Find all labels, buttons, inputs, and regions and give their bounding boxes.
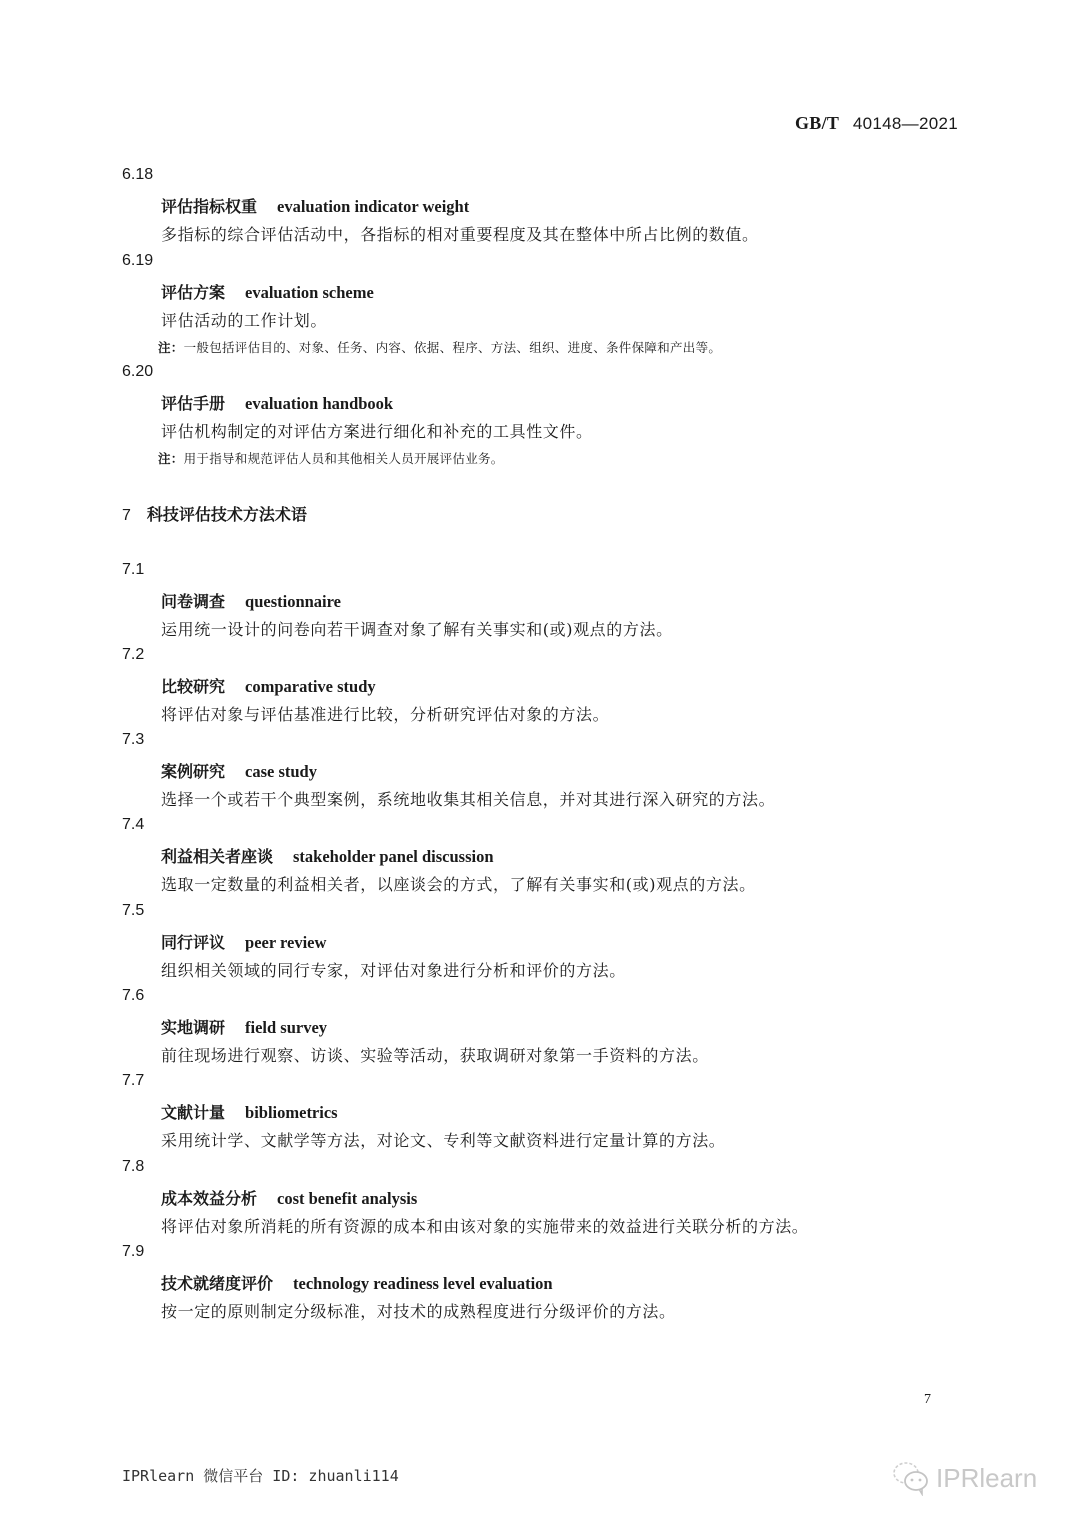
- term-heading: 评估方案evaluation scheme: [161, 280, 374, 303]
- standard-prefix: GB/T: [795, 113, 839, 133]
- term-en: field survey: [245, 1018, 327, 1037]
- term-heading: 成本效益分析cost benefit analysis: [161, 1186, 417, 1209]
- term-heading: 文献计量bibliometrics: [161, 1100, 338, 1123]
- watermark-logo-text: IPRlearn: [936, 1463, 1037, 1494]
- entry-number: 6.18: [122, 166, 153, 184]
- term-definition: 多指标的综合评估活动中，各指标的相对重要程度及其在整体中所占比例的数值。: [161, 222, 759, 245]
- term-zh: 比较研究: [161, 677, 225, 696]
- term-en: stakeholder panel discussion: [293, 847, 494, 866]
- term-note: 注：用于指导和规范评估人员和其他相关人员开展评估业务。: [158, 449, 504, 467]
- term-heading: 问卷调查questionnaire: [161, 589, 341, 612]
- term-definition: 前往现场进行观察、访谈、实验等活动，获取调研对象第一手资料的方法。: [161, 1043, 709, 1066]
- term-en: evaluation scheme: [245, 283, 374, 302]
- term-en: case study: [245, 762, 317, 781]
- entry-number: 7.5: [122, 902, 144, 920]
- term-zh: 评估方案: [161, 283, 225, 302]
- term-definition: 评估机构制定的对评估方案进行细化和补充的工具性文件。: [161, 419, 593, 442]
- entry-number: 7.6: [122, 987, 144, 1005]
- term-definition: 评估活动的工作计划。: [161, 308, 327, 331]
- standard-code-header: GB/T 40148—2021: [795, 113, 958, 134]
- term-heading: 评估手册evaluation handbook: [161, 391, 393, 414]
- term-zh: 案例研究: [161, 762, 225, 781]
- entry-number: 7.9: [122, 1243, 144, 1261]
- term-zh: 评估手册: [161, 394, 225, 413]
- term-definition: 运用统一设计的问卷向若干调查对象了解有关事实和(或)观点的方法。: [161, 617, 673, 640]
- term-heading: 比较研究comparative study: [161, 674, 376, 697]
- entry-number: 7.2: [122, 646, 144, 664]
- section-heading: 7科技评估技术方法术语: [122, 502, 307, 525]
- term-zh: 同行评议: [161, 933, 225, 952]
- page-number: 7: [924, 1392, 931, 1408]
- entry-number: 7.8: [122, 1158, 144, 1176]
- term-heading: 同行评议peer review: [161, 930, 326, 953]
- term-en: evaluation indicator weight: [277, 197, 469, 216]
- term-heading: 实地调研field survey: [161, 1015, 327, 1038]
- term-definition: 将评估对象与评估基准进行比较，分析研究评估对象的方法。: [161, 702, 609, 725]
- term-en: comparative study: [245, 677, 376, 696]
- term-definition: 选择一个或若干个典型案例，系统地收集其相关信息，并对其进行深入研究的方法。: [161, 787, 775, 810]
- entry-number: 7.1: [122, 561, 144, 579]
- term-heading: 技术就绪度评价technology readiness level evalua…: [161, 1271, 553, 1294]
- term-zh: 技术就绪度评价: [161, 1274, 273, 1293]
- entry-number: 7.7: [122, 1072, 144, 1090]
- term-definition: 将评估对象所消耗的所有资源的成本和由该对象的实施带来的效益进行关联分析的方法。: [161, 1214, 808, 1237]
- standard-number: 40148—2021: [853, 114, 958, 133]
- note-label: 注：: [158, 451, 184, 466]
- section-number: 7: [122, 507, 131, 524]
- term-en: evaluation handbook: [245, 394, 393, 413]
- entry-number: 6.20: [122, 363, 153, 381]
- term-definition: 选取一定数量的利益相关者，以座谈会的方式，了解有关事实和(或)观点的方法。: [161, 872, 756, 895]
- note-label: 注：: [158, 340, 184, 355]
- term-zh: 问卷调查: [161, 592, 225, 611]
- entry-number: 6.19: [122, 252, 153, 270]
- term-definition: 组织相关领域的同行专家，对评估对象进行分析和评价的方法。: [161, 958, 626, 981]
- watermark-logo: IPRlearn: [892, 1460, 1037, 1496]
- entry-number: 7.4: [122, 816, 144, 834]
- note-text: 一般包括评估目的、对象、任务、内容、依据、程序、方法、组织、进度、条件保障和产出…: [184, 340, 722, 355]
- term-definition: 采用统计学、文献学等方法，对论文、专利等文献资料进行定量计算的方法。: [161, 1128, 725, 1151]
- term-en: questionnaire: [245, 592, 341, 611]
- section-title: 科技评估技术方法术语: [147, 505, 307, 524]
- term-note: 注：一般包括评估目的、对象、任务、内容、依据、程序、方法、组织、进度、条件保障和…: [158, 338, 721, 356]
- term-en: cost benefit analysis: [277, 1189, 417, 1208]
- term-en: bibliometrics: [245, 1103, 338, 1122]
- term-en: peer review: [245, 933, 326, 952]
- term-heading: 案例研究case study: [161, 759, 317, 782]
- term-zh: 评估指标权重: [161, 197, 257, 216]
- term-zh: 实地调研: [161, 1018, 225, 1037]
- entry-number: 7.3: [122, 731, 144, 749]
- wechat-icon: [892, 1460, 932, 1496]
- note-text: 用于指导和规范评估人员和其他相关人员开展评估业务。: [184, 451, 504, 466]
- term-definition: 按一定的原则制定分级标准，对技术的成熟程度进行分级评价的方法。: [161, 1299, 676, 1322]
- watermark-text: IPRlearn 微信平台 ID: zhuanli114: [122, 1465, 399, 1486]
- term-en: technology readiness level evaluation: [293, 1274, 553, 1293]
- term-zh: 利益相关者座谈: [161, 847, 273, 866]
- term-heading: 利益相关者座谈stakeholder panel discussion: [161, 844, 494, 867]
- term-zh: 文献计量: [161, 1103, 225, 1122]
- term-zh: 成本效益分析: [161, 1189, 257, 1208]
- term-heading: 评估指标权重evaluation indicator weight: [161, 194, 469, 217]
